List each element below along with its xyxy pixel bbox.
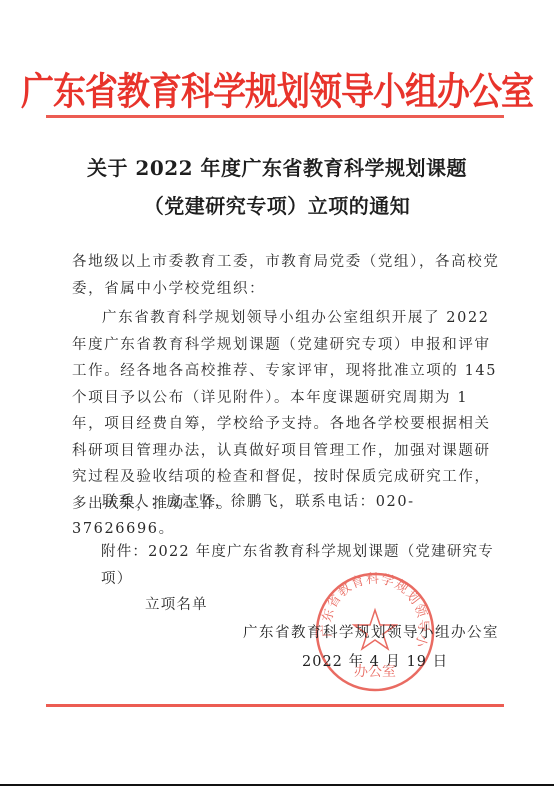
contact-info: 联系人：庞志坚，徐鹏飞，联系电话：020-37626696。: [72, 489, 502, 542]
attachment-title-line-2: 立项名单: [101, 592, 511, 619]
attachment-title-line-1: 2022 年度广东省教育科学规划课题（党建研究专项）: [101, 544, 494, 587]
footer-divider: [46, 704, 504, 707]
letterhead-title: 广东省教育科学规划领导小组办公室: [0, 62, 554, 116]
body-paragraph: 广东省教育科学规划领导小组办公室组织开展了 2022 年度广东省教育科学规划课题…: [72, 305, 502, 517]
salutation: 各地级以上市委教育工委，市教育局党委（党组），各高校党委，省属中小学校党组织：: [72, 249, 502, 302]
attachment-label: 附件：: [101, 544, 148, 560]
document-page: 广东省教育科学规划领导小组办公室 关于 2022 年度广东省教育科学规划课题 （…: [0, 0, 554, 786]
signature-date: 2022 年 4 月 19 日: [302, 650, 448, 671]
attachment-note: 附件：2022 年度广东省教育科学规划课题（党建研究专项） 立项名单: [101, 539, 511, 619]
notice-title-line-2: （党建研究专项）立项的通知: [0, 190, 554, 219]
signature-org: 广东省教育科学规划领导小组办公室: [243, 621, 499, 642]
letterhead-divider: [46, 115, 504, 118]
notice-title-line-1: 关于 2022 年度广东省教育科学规划课题: [0, 152, 554, 181]
